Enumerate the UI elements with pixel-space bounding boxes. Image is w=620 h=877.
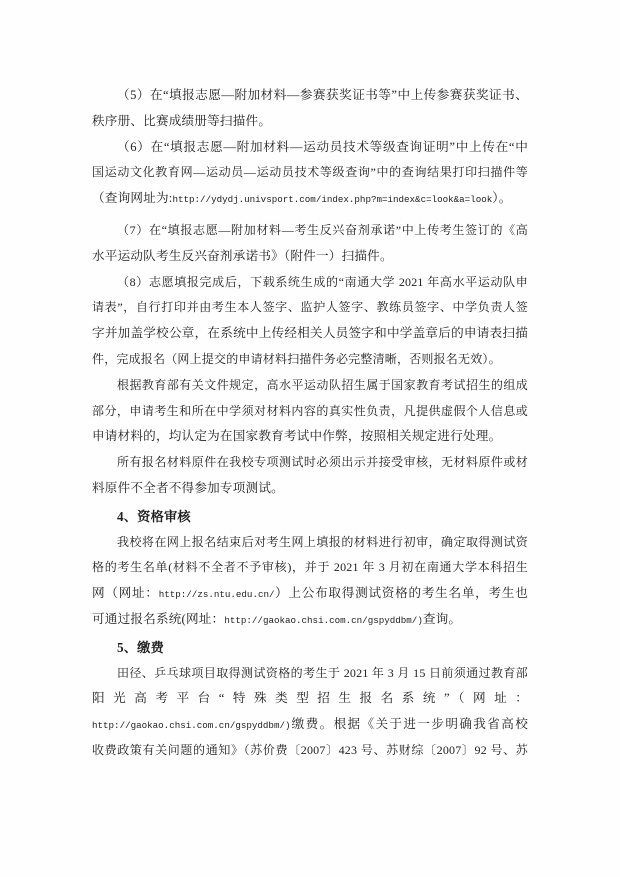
cjk-text: 阳光高考平台“特殊类型招生报名系统”（网址： (92, 691, 528, 705)
cjk-text: 4、资格审核 (117, 509, 191, 524)
text-line: 根据教育部有关文件规定，高水平运动队招生属于国家教育考试招生的组成 (92, 373, 528, 399)
cjk-text: 件，完成报名（网上提交的申请材料扫描件务必完整清晰，否则报名无效）。 (92, 352, 501, 366)
cjk-text: 5、缴费 (117, 640, 164, 655)
cjk-text: 国运动文化教育网—运动员—运动员技术等级查询”中的查询结果打印扫描件等 (92, 165, 528, 179)
section-heading: 4、资格审核 (92, 504, 528, 530)
cjk-text: 查询。 (423, 612, 461, 626)
cjk-text: 字并加盖学校公章，在系统中上传经相关人员签字和中学盖章后的申请表扫描 (92, 326, 528, 340)
text-line: （查询网址为:http://ydydj.univsport.com/index.… (92, 186, 528, 212)
url-text: http://gaokao.chsi.com.cn/gspyddbm/) (92, 720, 290, 731)
url-text: http://gaokao.chsi.com.cn/gspyddbm/) (224, 615, 422, 626)
text-line: （5）在“填报志愿—附加材料—参赛获奖证书等”中上传参赛获奖证书、 (92, 83, 528, 109)
text-line: 件，完成报名（网上提交的申请材料扫描件务必完整清晰，否则报名无效）。 (92, 347, 528, 373)
document-page: （5）在“填报志愿—附加材料—参赛获奖证书等”中上传参赛获奖证书、秩序册、比赛成… (0, 0, 620, 877)
text-line: 请表”，自行打印并由考生本人签字、监护人签字、教练员签字、中学负责人签 (92, 295, 528, 321)
cjk-text: 所有报名材料原件在我校专项测试时必须出示并接受审核，无材料原件或材 (117, 455, 528, 469)
cjk-text: （5）在“填报志愿—附加材料—参赛获奖证书等”中上传参赛获奖证书、 (117, 88, 528, 102)
url-text: http://zs.ntu.edu.cn/ (159, 589, 275, 600)
text-line: 我校将在网上报名结束后对考生网上填报的材料进行初审，确定取得测试资 (92, 530, 528, 556)
cjk-text: 申请材料的，均认定为在国家教育考试中作弊，按照相关规定进行处理。 (92, 429, 501, 443)
text-line: http://gaokao.chsi.com.cn/gspyddbm/)缴费。根… (92, 712, 528, 738)
text-line: 阳光高考平台“特殊类型招生报名系统”（网址： (92, 686, 528, 712)
cjk-text: 缴费。根据《关于进一步明确我省高校 (290, 717, 528, 731)
cjk-text: 格的考生名单(材料不全者不予审核)，并于 2021 年 3 月初在南通大学本科招… (92, 560, 528, 574)
text-line: 申请材料的，均认定为在国家教育考试中作弊，按照相关规定进行处理。 (92, 424, 528, 450)
cjk-text: （6）在“填报志愿—附加材料—运动员技术等级查询证明”中上传在“中 (117, 140, 528, 154)
text-line: 可通过报名系统(网址：http://gaokao.chsi.com.cn/gsp… (92, 607, 528, 633)
text-line: 所有报名材料原件在我校专项测试时必须出示并接受审核，无材料原件或材 (92, 450, 528, 476)
cjk-text: 可通过报名系统(网址： (92, 612, 224, 626)
text-line: 网（网址：http://zs.ntu.edu.cn/）上公布取得测试资格的考生名… (92, 581, 528, 607)
text-line: 字并加盖学校公章，在系统中上传经相关人员签字和中学盖章后的申请表扫描 (92, 321, 528, 347)
text-line: 秩序册、比赛成绩册等扫描件。 (92, 109, 528, 135)
cjk-text: （8）志愿填报完成后，下载系统生成的“南通大学 2021 年高水平运动队申 (117, 275, 528, 289)
text-line: 国运动文化教育网—运动员—运动员技术等级查询”中的查询结果打印扫描件等 (92, 160, 528, 186)
text-line: 格的考生名单(材料不全者不予审核)，并于 2021 年 3 月初在南通大学本科招… (92, 555, 528, 581)
cjk-text: 田径、乒乓球项目取得测试资格的考生于 2021 年 3 月 15 日前须通过教育… (117, 666, 528, 680)
cjk-text: （7）在“填报志愿—附加材料—考生反兴奋剂承诺”中上传考生签订的《高 (117, 223, 528, 237)
cjk-text: （查询网址为: (92, 191, 172, 205)
cjk-text: 我校将在网上报名结束后对考生网上填报的材料进行初审，确定取得测试资 (117, 535, 528, 549)
cjk-text: 料原件不全者不得参加专项测试。 (92, 481, 284, 495)
text-line: （8）志愿填报完成后，下载系统生成的“南通大学 2021 年高水平运动队申 (92, 270, 528, 296)
cjk-text: 网（网址： (92, 586, 159, 600)
cjk-text: 收费政策有关问题的通知》（苏价费〔2007〕423 号、苏财综〔2007〕92 … (92, 743, 528, 757)
section-heading: 5、缴费 (92, 635, 528, 661)
text-line: （6）在“填报志愿—附加材料—运动员技术等级查询证明”中上传在“中 (92, 135, 528, 161)
cjk-text: ）。 (492, 191, 511, 205)
url-text: http://ydydj.univsport.com/index.php?m=i… (172, 194, 492, 205)
text-line: 田径、乒乓球项目取得测试资格的考生于 2021 年 3 月 15 日前须通过教育… (92, 661, 528, 687)
cjk-text: 部分，申请考生和所在中学须对材料内容的真实性负责，凡提供虚假个人信息或 (92, 404, 528, 418)
document-content: （5）在“填报志愿—附加材料—参赛获奖证书等”中上传参赛获奖证书、秩序册、比赛成… (92, 83, 528, 764)
text-line: 部分，申请考生和所在中学须对材料内容的真实性负责，凡提供虚假个人信息或 (92, 399, 528, 425)
cjk-text: ）上公布取得测试资格的考生名单，考生也 (275, 586, 528, 600)
cjk-text: 请表”，自行打印并由考生本人签字、监护人签字、教练员签字、中学负责人签 (92, 300, 528, 314)
text-line: 料原件不全者不得参加专项测试。 (92, 476, 528, 502)
cjk-text: 水平运动队考生反兴奋剂承诺书》（附件一）扫描件。 (92, 249, 393, 263)
text-line: 水平运动队考生反兴奋剂承诺书》（附件一）扫描件。 (92, 244, 528, 270)
cjk-text: 秩序册、比赛成绩册等扫描件。 (92, 114, 271, 128)
text-line: （7）在“填报志愿—附加材料—考生反兴奋剂承诺”中上传考生签订的《高 (92, 218, 528, 244)
cjk-text: 根据教育部有关文件规定，高水平运动队招生属于国家教育考试招生的组成 (117, 378, 528, 392)
text-line: 收费政策有关问题的通知》（苏价费〔2007〕423 号、苏财综〔2007〕92 … (92, 738, 528, 764)
